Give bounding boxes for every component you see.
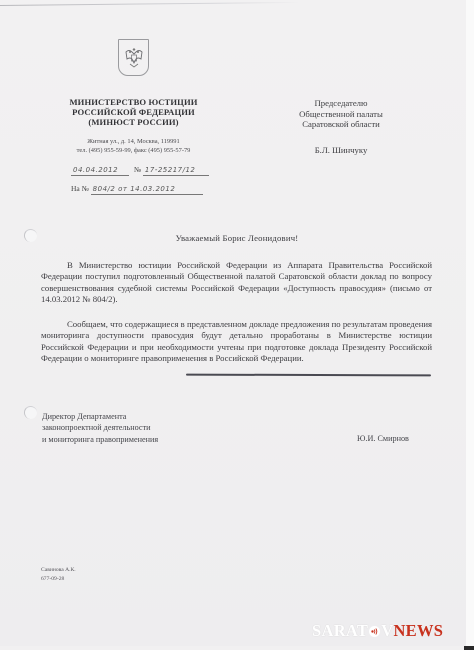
reply-to-reference: 804/2 от 14.03.2012: [91, 185, 203, 195]
scan-artifact-line: [0, 2, 300, 6]
recipient-block: Председателю Общественной палаты Саратов…: [282, 98, 400, 130]
outgoing-registration: 04.04.2012 № 17-25217/12: [71, 165, 209, 176]
ministry-name: МИНИСТЕРСТВО ЮСТИЦИИ РОССИЙСКОЙ ФЕДЕРАЦИ…: [60, 97, 207, 127]
executor-info: Савинова А.К. 677-09-28: [41, 566, 76, 583]
russian-coat-of-arms-icon: [118, 39, 149, 76]
scan-edge: [466, 0, 474, 650]
saratovnews-watermark: SARAT V NEWS: [312, 621, 443, 641]
recipient-name: Б.Л. Шинчуку: [282, 145, 400, 155]
radio-wave-icon: [369, 626, 380, 637]
ministry-address: Житная ул., д. 14, Москва, 119991 тел. (…: [60, 137, 207, 155]
outgoing-number: 17-25217/12: [143, 166, 209, 176]
scanned-letter-page: МИНИСТЕРСТВО ЮСТИЦИИ РОССИЙСКОЙ ФЕДЕРАЦИ…: [0, 0, 466, 646]
letter-paragraph-1: В Министерство юстиции Российской Федера…: [41, 260, 432, 306]
reply-to-registration: На № 804/2 от 14.03.2012: [71, 184, 203, 195]
signer-title: Директор Департамента законопроектной де…: [42, 411, 158, 445]
scan-corner: [464, 646, 474, 650]
punch-hole-bottom: [24, 406, 37, 419]
outgoing-date: 04.04.2012: [71, 166, 129, 176]
salutation: Уважаемый Борис Леонидович!: [0, 233, 474, 243]
signer-name: Ю.И. Смирнов: [357, 434, 409, 443]
letter-paragraph-2: Сообщаем, что содержащиеся в представлен…: [41, 319, 432, 365]
pen-underline-mark: [186, 374, 431, 376]
